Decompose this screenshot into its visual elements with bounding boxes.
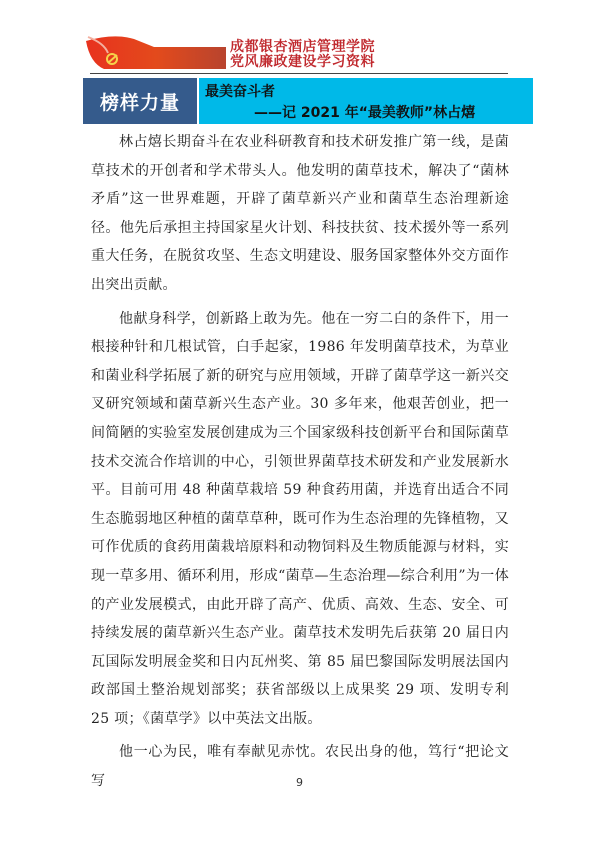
doc-series-name: 党风廉政建设学习资料 bbox=[230, 55, 375, 70]
article-title-box: 最美奋斗者 ——记 2021 年“最美教师”林占熺 bbox=[199, 78, 533, 124]
header-org-title: 成都银杏酒店管理学院 党风廉政建设学习资料 bbox=[230, 40, 375, 70]
section-label: 榜样力量 bbox=[83, 78, 199, 124]
article-body: 林占熺长期奋斗在农业科研教育和技术研发推广第一线，是菌草技术的开创者和学术带头人… bbox=[91, 128, 509, 801]
page-number: 9 bbox=[296, 776, 303, 789]
header-divider bbox=[90, 73, 508, 74]
paragraph: 他献身科学，创新路上敢为先。他在一穷二白的条件下，用一根接种针和几根试管，白手起… bbox=[91, 305, 509, 734]
article-subtitle: ——记 2021 年“最美教师”林占熺 bbox=[254, 102, 475, 122]
org-name: 成都银杏酒店管理学院 bbox=[230, 40, 375, 55]
section-banner: 榜样力量 最美奋斗者 ——记 2021 年“最美教师”林占熺 bbox=[83, 78, 533, 124]
party-emblem-flag-icon bbox=[84, 33, 226, 69]
article-title: 最美奋斗者 bbox=[205, 81, 275, 101]
paragraph: 林占熺长期奋斗在农业科研教育和技术研发推广第一线，是菌草技术的开创者和学术带头人… bbox=[91, 128, 509, 300]
